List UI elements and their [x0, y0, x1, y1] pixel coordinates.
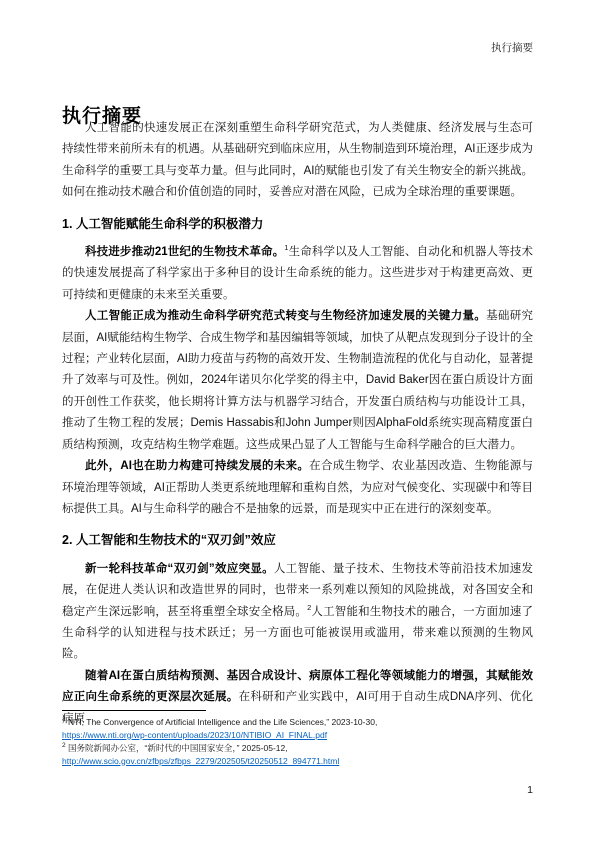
document-page: 执行摘要 执行摘要 人工智能的快速发展正在深刻重塑生命科学研究范式，为人类健康、… — [0, 0, 596, 842]
paragraph: 科技进步推动21世纪的生物技术革命。1生命科学以及人工智能、自动化和机器人等技术… — [62, 242, 533, 306]
footnotes-section: 1 NTI, The Convergence of Artificial Int… — [62, 710, 533, 768]
footnote-text: 国务院新闻办公室，“新时代的中国国家安全，” 2025-05-12, — [66, 743, 288, 753]
footnote-list: 1 NTI, The Convergence of Artificial Int… — [62, 716, 533, 767]
bold-text-run: 人工智能正成为推动生命科学研究范式转变与生物经济加速发展的关键力量。 — [85, 310, 486, 322]
footnote-link[interactable]: https://www.nti.org/wp-content/uploads/2… — [62, 730, 327, 740]
bold-text-run: 此外，AI也在助力构建可持续发展的未来。 — [85, 460, 309, 472]
section-heading: 2. 人工智能和生物技术的“双刃剑”效应 — [62, 530, 533, 551]
paragraph: 人工智能的快速发展正在深刻重塑生命科学研究范式，为人类健康、经济发展与生态可持续… — [62, 118, 533, 204]
paragraph: 此外，AI也在助力构建可持续发展的未来。在合成生物学、农业基因改造、生物能源与环… — [62, 456, 533, 520]
footnote-separator — [62, 710, 206, 711]
section-heading: 1. 人工智能赋能生命科学的积极潜力 — [62, 214, 533, 235]
bold-text-run: 科技进步推动21世纪的生物技术革命。 — [85, 246, 284, 258]
document-body: 人工智能的快速发展正在深刻重塑生命科学研究范式，为人类健康、经济发展与生态可持续… — [62, 118, 533, 730]
text-run: 人工智能的快速发展正在深刻重塑生命科学研究范式，为人类健康、经济发展与生态可持续… — [62, 122, 533, 198]
bold-text-run: 新一轮科技革命“双刃剑”效应突显。 — [85, 563, 274, 575]
text-run: 基础研究层面，AI赋能结构生物学、合成生物学和基因编辑等领域，加快了从靶点发现到… — [62, 310, 533, 450]
footnote: 1 NTI, The Convergence of Artificial Int… — [62, 716, 533, 741]
paragraph: 人工智能正成为推动生命科学研究范式转变与生物经济加速发展的关键力量。基础研究层面… — [62, 306, 533, 456]
footnote: 2 国务院新闻办公室，“新时代的中国国家安全，” 2025-05-12,http… — [62, 742, 533, 767]
page-number: 1 — [62, 784, 533, 796]
paragraph: 新一轮科技革命“双刃剑”效应突显。人工智能、量子技术、生物技术等前沿技术加速发展… — [62, 559, 533, 666]
running-header: 执行摘要 — [62, 40, 533, 55]
footnote-text: NTI, The Convergence of Artificial Intel… — [66, 717, 378, 727]
footnote-link[interactable]: http://www.scio.gov.cn/zfbps/zfbps_2279/… — [62, 756, 339, 766]
